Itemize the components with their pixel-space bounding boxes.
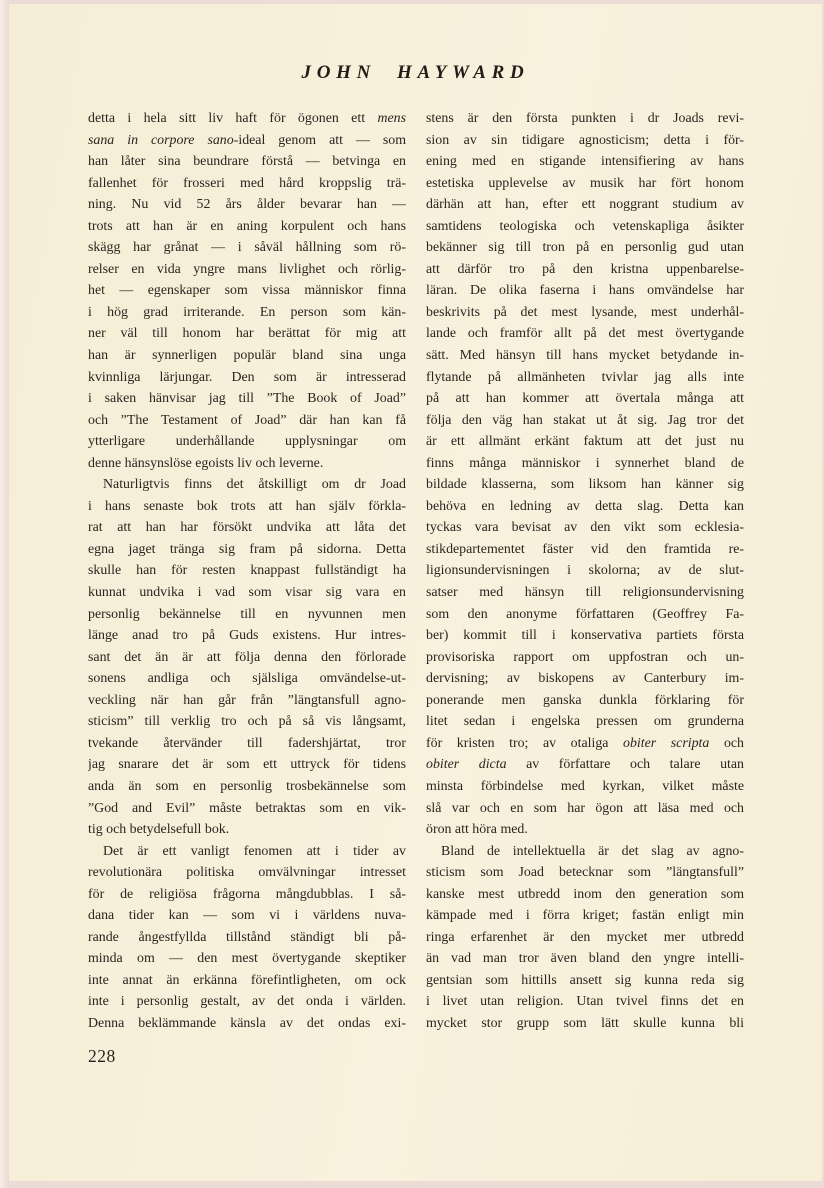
text-line: minda om — den mest övertygande skeptike…: [88, 948, 406, 970]
text-line: och ”The Testament of Joad” där han kan …: [88, 410, 406, 432]
text-line: kunnat undvika i vad som visar sig vara …: [88, 582, 406, 604]
text-line: är ett allmänt erkänt faktum att det jus…: [426, 431, 744, 453]
text-line: på att han kommer att övertala många att: [426, 388, 744, 410]
text-line: sonens andliga och själsliga omvändelse-…: [88, 668, 406, 690]
running-head: JOHN HAYWARD: [9, 62, 822, 84]
text-line: relser en vida yngre mans livlighet och …: [88, 259, 406, 281]
left-column: detta i hela sitt liv haft för ögonen et…: [88, 108, 406, 1035]
text-line: skulle han för resten knappast fullständ…: [88, 560, 406, 582]
text-line: för de religiösa frågorna mångdubblas. I…: [88, 884, 406, 906]
text-line: än vad man tror även bland den yngre int…: [426, 948, 744, 970]
text-line: sant det än är att följa denna den förlo…: [88, 647, 406, 669]
text-line: obiter dicta av författare och talare ut…: [426, 754, 744, 776]
text-line: i hög grad irriterande. En person som kä…: [88, 302, 406, 324]
text-line: Denna beklämmande känsla av det ondas ex…: [88, 1013, 406, 1035]
text-line: Naturligtvis finns det åtskilligt om dr …: [88, 474, 406, 496]
text-line: han är synnerligen populär bland sina un…: [88, 345, 406, 367]
text-line: beskrivits på det mest lysande, mest und…: [426, 302, 744, 324]
text-line: fallenhet för frosseri med hård kroppsli…: [88, 173, 406, 195]
text-line: stens är den första punkten i dr Joads r…: [426, 108, 744, 130]
text-line: tyckas vara bevisat av den vikt som eckl…: [426, 517, 744, 539]
right-column: stens är den första punkten i dr Joads r…: [426, 108, 744, 1035]
text-line: bildade klasserna, som liksom han känner…: [426, 474, 744, 496]
text-line: bekänner sig till tron på en personlig g…: [426, 237, 744, 259]
text-line: finns många människor i synnerhet bland …: [426, 453, 744, 475]
scan-edge: [0, 0, 9, 1188]
text-line: han låter sina beundrare förstå — betvin…: [88, 151, 406, 173]
text-line: kvinnliga lärjungar. Den som är intresse…: [88, 367, 406, 389]
text-line: revolutionära politiska omvälvningar int…: [88, 862, 406, 884]
text-line: ning. Nu vid 52 års ålder bevarar han —: [88, 194, 406, 216]
text-line: tvekande återvänder till fadershjärtat, …: [88, 733, 406, 755]
text-line: inte annat än erkänna förefintligheten, …: [88, 970, 406, 992]
text-line: sion av sin tidigare agnosticism; detta …: [426, 130, 744, 152]
text-line: följa den väg han stakat ut åt sig. Jag …: [426, 410, 744, 432]
text-line: Det är ett vanligt fenomen att i tider a…: [88, 841, 406, 863]
text-line: sana in corpore sano-ideal genom att — s…: [88, 130, 406, 152]
text-line: samtidens teologiska och vetenskapliga å…: [426, 216, 744, 238]
text-line: att därför tro på den kristna uppenbarel…: [426, 259, 744, 281]
text-line: ringa erfarenhet är den mycket mer utbre…: [426, 927, 744, 949]
text-line: sticism som Joad betecknar som ”längtans…: [426, 862, 744, 884]
text-line: öron att höra med.: [426, 819, 744, 841]
text-line: denne hänsynslöse egoists liv och levern…: [88, 453, 406, 475]
page-number: 228: [88, 1046, 116, 1067]
text-line: rande ångestfyllda tillstånd ständigt bl…: [88, 927, 406, 949]
text-line: sticism” till verklig tro och på så vis …: [88, 711, 406, 733]
text-line: därhän att han, efter ett noggrant studi…: [426, 194, 744, 216]
text-line: stikdepartementet fäster vid den framtid…: [426, 539, 744, 561]
text-line: i hans senaste bok trots att han själv f…: [88, 496, 406, 518]
text-line: ponerande men ganska dunkla förklaring f…: [426, 690, 744, 712]
text-line: i saken hänvisar jag till ”The Book of J…: [88, 388, 406, 410]
text-line: satser med hänsyn till religionsundervis…: [426, 582, 744, 604]
text-line: ening med en stigande intensifiering av …: [426, 151, 744, 173]
text-line: ytterligare underhållande upplysningar o…: [88, 431, 406, 453]
text-line: detta i hela sitt liv haft för ögonen et…: [88, 108, 406, 130]
text-line: provisoriska rapport om uppfostran och u…: [426, 647, 744, 669]
text-line: trots att han är en aning korpulent och …: [88, 216, 406, 238]
text-line: som den anonyme författaren (Geoffrey Fa…: [426, 604, 744, 626]
text-line: Bland de intellektuella är det slag av a…: [426, 841, 744, 863]
text-line: ligionsundervisningen i skolorna; av de …: [426, 560, 744, 582]
text-line: läran. De olika faserna i hans omvändels…: [426, 280, 744, 302]
text-line: ber) kommit till i konservativa partiets…: [426, 625, 744, 647]
text-line: sätt. Med hänsyn till hans mycket betyda…: [426, 345, 744, 367]
text-line: anda än som en personlig trosbekännelse …: [88, 776, 406, 798]
book-page: JOHN HAYWARD detta i hela sitt liv haft …: [9, 4, 822, 1181]
text-line: jag snarare det är som ett uttryck för t…: [88, 754, 406, 776]
text-line: behöva en ledning av detta slag. Detta k…: [426, 496, 744, 518]
text-line: gentsian som hittills ansett sig kunna r…: [426, 970, 744, 992]
text-line: personlig bekännelse till en nyvunnen me…: [88, 604, 406, 626]
text-line: minsta förbindelse med kyrkan, vilket må…: [426, 776, 744, 798]
text-line: rat att han har försökt undvika att låta…: [88, 517, 406, 539]
text-line: estetiska upplevelse av musik har fört h…: [426, 173, 744, 195]
text-line: kanske mest utbredd inom den generation …: [426, 884, 744, 906]
text-line: mycket stor grupp som lätt skulle kunna …: [426, 1013, 744, 1035]
text-line: länge anad tro på Guds existens. Hur int…: [88, 625, 406, 647]
text-line: skägg har grånat — i såväl hållning som …: [88, 237, 406, 259]
text-columns: detta i hela sitt liv haft för ögonen et…: [88, 108, 744, 1035]
text-line: dana tider kan — som vi i världens nuva-: [88, 905, 406, 927]
text-line: för kristen tro; av otaliga obiter scrip…: [426, 733, 744, 755]
text-line: ”God and Evil” måste betraktas som en vi…: [88, 798, 406, 820]
text-line: ner väl till honom har berättat för mig …: [88, 323, 406, 345]
text-line: tig och betydelsefull bok.: [88, 819, 406, 841]
text-line: het — egenskaper som vissa människor fin…: [88, 280, 406, 302]
text-line: egna jaget tränga sig fram på sidorna. D…: [88, 539, 406, 561]
text-line: kämpade med i förra kriget; fastän enlig…: [426, 905, 744, 927]
text-line: flytande på allmänheten tvivlar jag alls…: [426, 367, 744, 389]
text-line: litet sedan i engelska pressen om grunde…: [426, 711, 744, 733]
text-line: slå var och en som har ögon att läsa med…: [426, 798, 744, 820]
text-line: veckling när han går från ”längtansfull …: [88, 690, 406, 712]
text-line: dervisning; av biskopens av Canterbury i…: [426, 668, 744, 690]
text-line: inte i personlig gestalt, av det onda i …: [88, 991, 406, 1013]
text-line: i livet utan religion. Utan tvivel finns…: [426, 991, 744, 1013]
text-line: lande och framför allt på det mest övert…: [426, 323, 744, 345]
